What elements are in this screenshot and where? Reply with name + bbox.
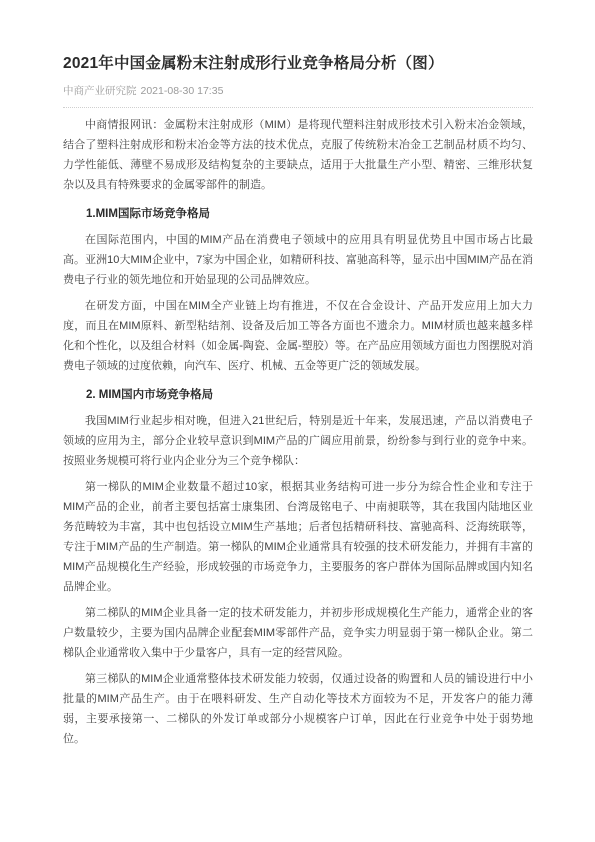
article-paragraph-intro: 中商情报网讯：金属粉末注射成形（MIM）是将现代塑料注射成形技术引入粉末冶金领域… (63, 115, 533, 195)
article-paragraph-tier3: 第三梯队的MIM企业通常整体技术研发能力较弱，仅通过设备的购置和人员的铺设进行中… (63, 669, 533, 749)
article-paragraph-international-overview: 在国际范围内，中国的MIM产品在消费电子领域中的应用具有明显优势且中国市场占比最… (63, 230, 533, 290)
byline-source: 中商产业研究院 (63, 85, 137, 97)
page-title: 2021年中国金属粉末注射成形行业竞争格局分析（图） (63, 53, 533, 74)
article-body: 中商情报网讯：金属粉末注射成形（MIM）是将现代塑料注射成形技术引入粉末冶金领域… (63, 115, 533, 749)
article-paragraph-domestic-overview: 我国MIM行业起步相对晚，但进入21世纪后，特别是近十年来，发展迅速，产品以消费… (63, 411, 533, 471)
article-paragraph-tier2: 第二梯队的MIM企业具备一定的技术研发能力，并初步形成规模化生产能力，通常企业的… (63, 603, 533, 663)
byline: 中商产业研究院2021-08-30 17:35 (63, 84, 533, 98)
section-heading-international-market: 1.MIM国际市场竞争格局 (63, 204, 533, 224)
document-page: 2021年中国金属粉末注射成形行业竞争格局分析（图） 中商产业研究院2021-0… (0, 0, 595, 842)
section-heading-domestic-market: 2. MIM国内市场竞争格局 (63, 385, 533, 405)
dotted-divider (63, 107, 533, 108)
article-paragraph-tier1: 第一梯队的MIM企业数量不超过10家，根据其业务结构可进一步分为综合性企业和专注… (63, 477, 533, 597)
article-paragraph-rnd: 在研发方面，中国在MIM全产业链上均有推进，不仅在合金设计、产品开发应用上加大力… (63, 296, 533, 376)
byline-datetime: 2021-08-30 17:35 (141, 85, 224, 97)
